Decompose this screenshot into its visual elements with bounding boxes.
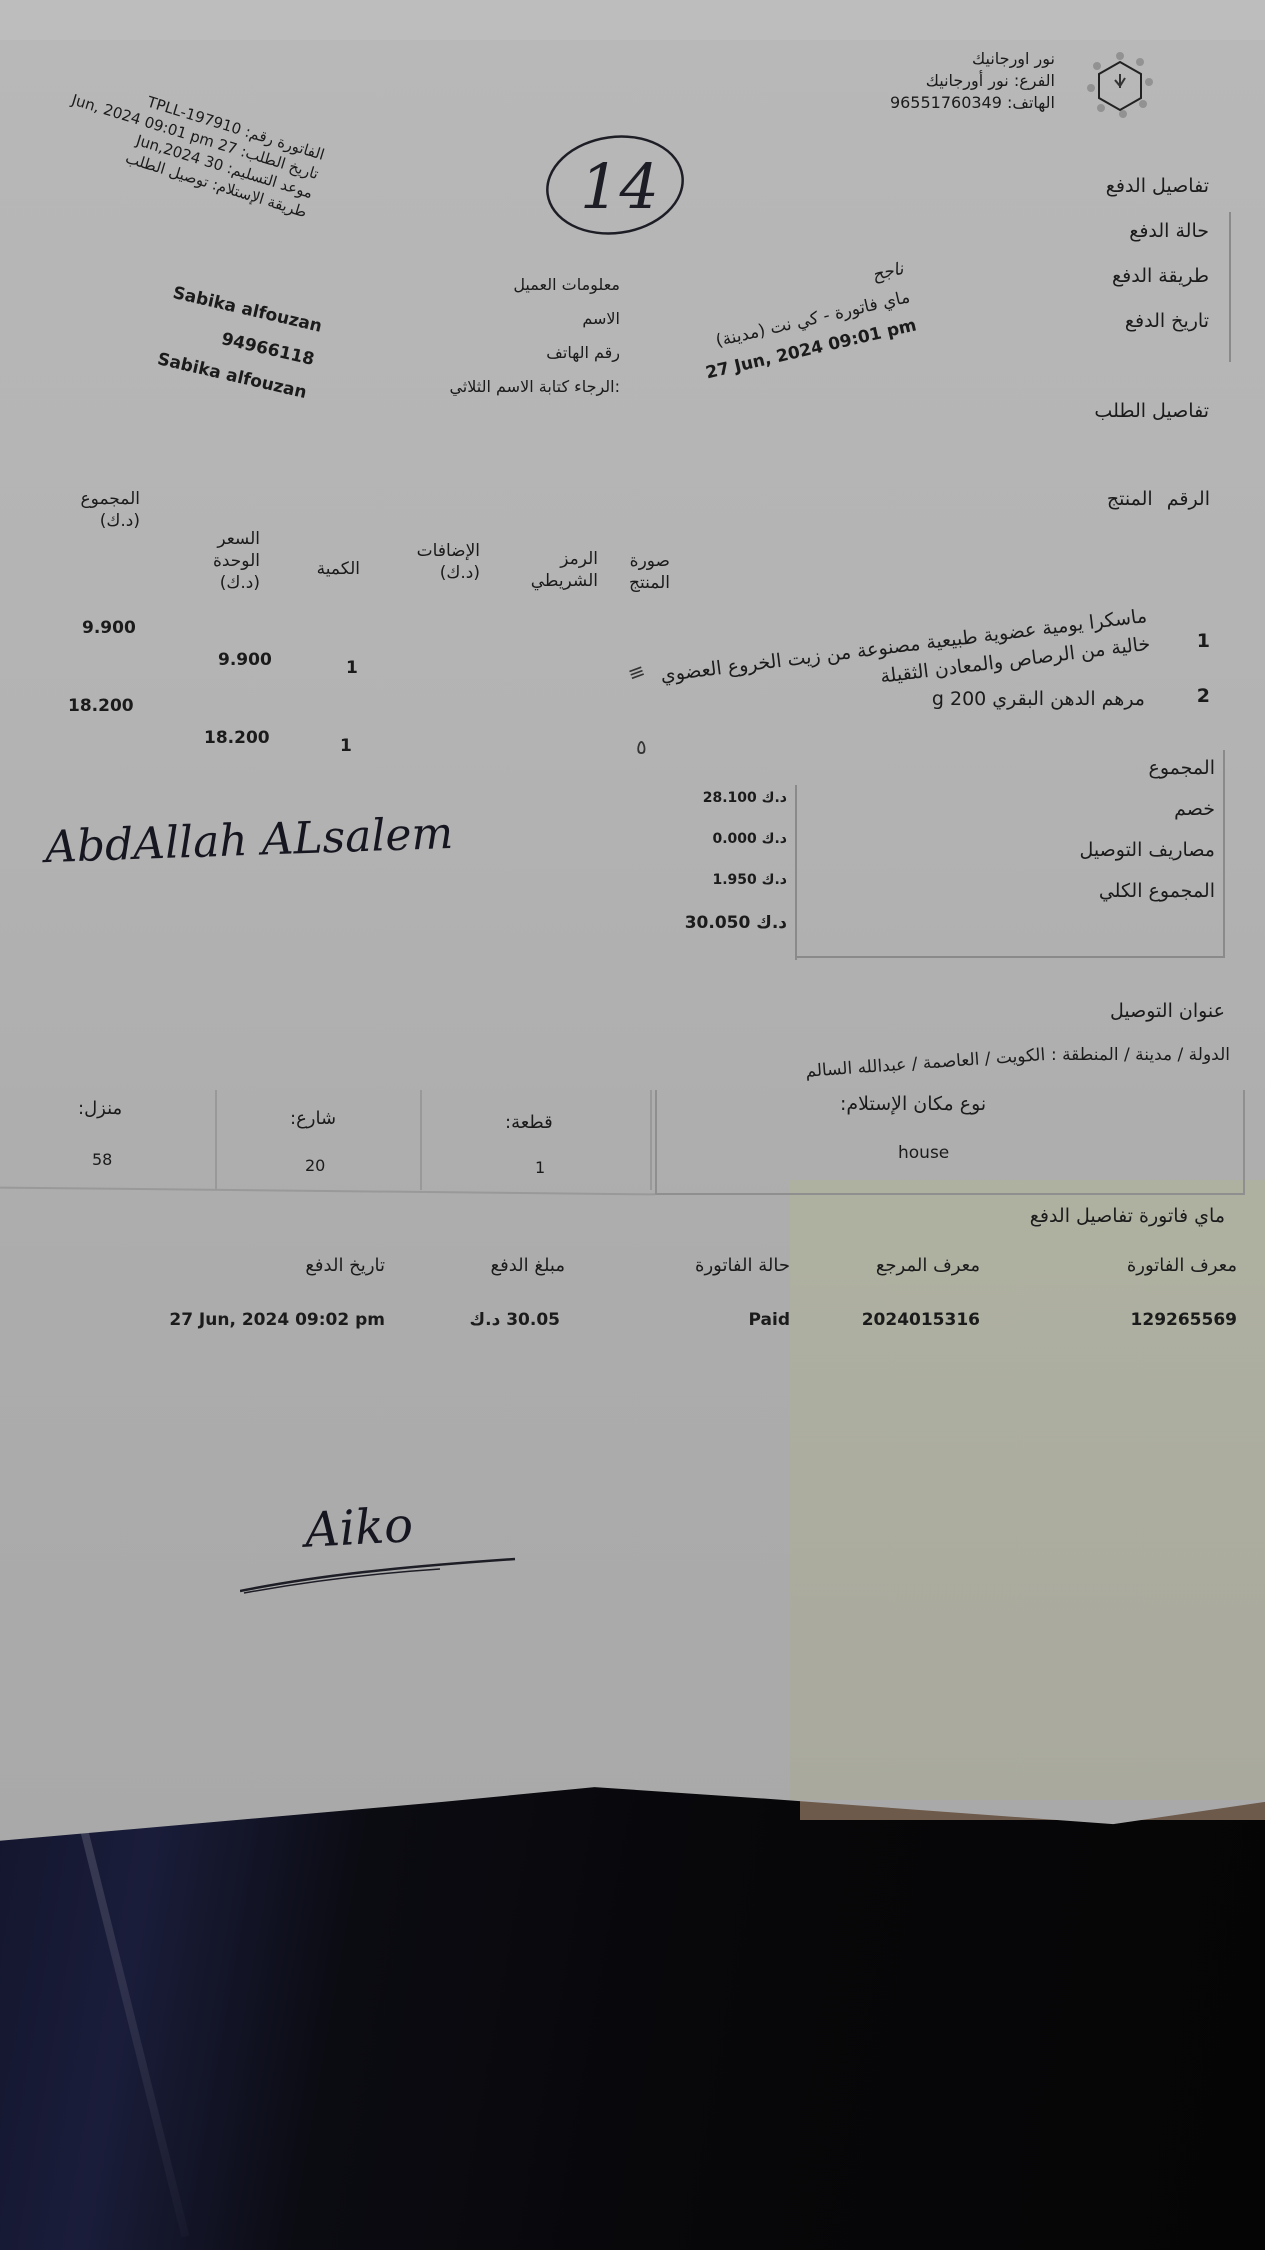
order-details-title: تفاصيل الطلب — [1094, 400, 1209, 422]
street-value: 20 — [305, 1156, 325, 1175]
handwritten-circled-number: 14 — [540, 130, 690, 240]
customer-info-title: معلومات العميل — [440, 268, 620, 302]
customer-info-values: Sabika alfouzan 94966118 Sabika alfouzan — [127, 270, 325, 410]
item-2-product: مرهم الدهن البقري 200 g — [705, 685, 1145, 713]
payment-status-label: حالة الدفع — [1106, 220, 1209, 265]
payment-details-labels: تفاصيل الدفع حالة الدفع طريقة الدفع تاري… — [1106, 175, 1209, 355]
totals-values: 28.100 د.ك 0.000 د.ك 1.950 د.ك 30.050 د.… — [620, 790, 795, 954]
branch-label: الفرع: — [1014, 71, 1055, 90]
order-meta-block: الفاتورة رقم: TPLL-197910 تاريخ الطلب: 2… — [17, 58, 327, 222]
totals-divider — [795, 785, 797, 960]
item-2-total: 18.200 — [68, 696, 134, 716]
col-barcode: الرمز الشريطي — [508, 548, 598, 592]
item-1-unit-price: 9.900 — [218, 650, 272, 670]
house-value: 58 — [92, 1150, 112, 1169]
paper-highlight — [0, 0, 1265, 40]
grand-total-value: 30.050 د.ك — [620, 913, 795, 954]
items-values: 9.900 9.900 1 18.200 18.200 1 — [0, 600, 680, 760]
grid-divider — [420, 1090, 422, 1190]
items-columns-header: صورة المنتج الرمز الشريطي الإضافات (د.ك)… — [60, 478, 660, 608]
delivery-region-line: الدولة / مدينة / المنطقة : الكويت / العا… — [805, 1045, 1230, 1065]
col-unit-price: السعر الوحدة (د.ك) — [190, 528, 260, 594]
col-image: صورة المنتج — [610, 550, 670, 594]
payment-amount: 30.05 د.ك — [470, 1310, 560, 1330]
delivery-fee-label: مصاريف التوصيل — [1080, 839, 1216, 880]
product-thumbnail-icon: ٥ — [636, 735, 647, 759]
branch-name: نور أورجانيك — [926, 71, 1009, 90]
col-invoice-id: معرف الفاتورة — [1127, 1255, 1237, 1276]
block-value: 1 — [535, 1158, 545, 1177]
payment-date-value: 27 Jun, 2024 09:02 pm — [169, 1310, 385, 1330]
handwritten-customer-name: AbdAllah ALsalem — [44, 808, 454, 873]
totals-labels: المجموع خصم مصاريف التوصيل المجموع الكلي — [1080, 757, 1216, 921]
item-2-number: 2 — [1197, 685, 1210, 707]
signature-underline — [240, 1555, 520, 1595]
store-phone-label: الهاتف: — [1007, 93, 1055, 112]
customer-fullname-label: :الرجاء كتابة الاسم الثلاثي — [440, 370, 620, 404]
item-2-quantity: 1 — [340, 736, 352, 756]
region-line-label: الدولة / مدينة / المنطقة : — [1051, 1045, 1230, 1065]
col-total: المجموع (د.ك) — [60, 488, 140, 532]
subtotal-label: المجموع — [1080, 757, 1216, 798]
item-1-number: 1 — [1197, 630, 1210, 652]
myfatoorah-table: معرف الفاتورة معرف المرجع حالة الفاتورة … — [0, 1255, 1265, 1355]
house-label: منزل: — [78, 1098, 122, 1119]
customer-phone-label: رقم الهاتف — [440, 336, 620, 370]
invoice-id: 129265569 — [1131, 1310, 1237, 1330]
receive-place-label: نوع مكان الإستلام: — [840, 1093, 986, 1115]
item-1-total: 9.900 — [82, 618, 136, 638]
col-quantity: الكمية — [290, 558, 360, 580]
receive-place-value: house — [898, 1143, 949, 1163]
payment-date-label: تاريخ الدفع — [1106, 310, 1209, 355]
address-grid: قطعة: 1 شارع: 20 منزل: 58 — [0, 1090, 655, 1195]
grid-divider — [650, 1090, 652, 1190]
list-item: 2 مرهم الدهن البقري 200 g — [640, 685, 1210, 725]
block-label: قطعة: — [505, 1112, 553, 1133]
dark-fabric-background — [0, 1780, 1265, 2250]
col-product: المنتج — [1107, 488, 1153, 510]
col-payment-date: تاريخ الدفع — [305, 1255, 385, 1276]
discount-label: خصم — [1080, 798, 1216, 839]
customer-name-label: الاسم — [440, 302, 620, 336]
hexagon-leaf-logo-icon — [1085, 50, 1155, 120]
subtotal-value: 28.100 د.ك — [620, 790, 795, 831]
delivery-fee-value: 1.950 د.ك — [620, 872, 795, 913]
store-header: نور اورجانيك الفرع: نور أورجانيك الهاتف:… — [890, 48, 1055, 114]
myfatoorah-title: ماي فاتورة تفاصيل الدفع — [1030, 1205, 1225, 1227]
customer-info-labels: معلومات العميل الاسم رقم الهاتف :الرجاء … — [440, 268, 620, 404]
grand-total-label: المجموع الكلي — [1080, 880, 1216, 921]
grid-bottom-border — [0, 1187, 655, 1196]
courier-signature: Aiko — [304, 1497, 415, 1559]
payment-details-title: تفاصيل الدفع — [1106, 175, 1209, 220]
item-1-quantity: 1 — [346, 658, 358, 678]
col-invoice-status: حالة الفاتورة — [695, 1255, 790, 1276]
store-phone: 96551760349 — [890, 93, 1002, 112]
delivery-address-title: عنوان التوصيل — [1110, 1000, 1225, 1022]
payment-details-values: ناجح ماي فاتورة - كي نت (مدينة) 27 Jun, … — [647, 255, 920, 398]
col-number: الرقم — [1167, 488, 1210, 510]
invoice-status: Paid — [749, 1310, 790, 1330]
reference-id: 2024015316 — [862, 1310, 980, 1330]
grid-divider — [215, 1090, 217, 1190]
col-addons: الإضافات (د.ك) — [380, 540, 480, 584]
circled-number-text: 14 — [580, 150, 659, 223]
payment-method-label: طريقة الدفع — [1106, 265, 1209, 310]
payment-box-border — [1229, 212, 1231, 362]
region-line-value: الكويت / العاصمة / عبدالله السالم — [805, 1045, 1046, 1082]
discount-value: 0.000 د.ك — [620, 831, 795, 872]
store-name: نور اورجانيك — [890, 48, 1055, 70]
col-payment-amount: مبلغ الدفع — [491, 1255, 565, 1276]
product-table-header: الرقم المنتج — [1107, 488, 1210, 510]
invoice-paper: الفاتورة رقم: TPLL-197910 تاريخ الطلب: 2… — [0, 0, 1265, 1850]
col-reference-id: معرف المرجع — [876, 1255, 980, 1276]
item-2-unit-price: 18.200 — [204, 728, 270, 748]
street-label: شارع: — [290, 1108, 336, 1129]
